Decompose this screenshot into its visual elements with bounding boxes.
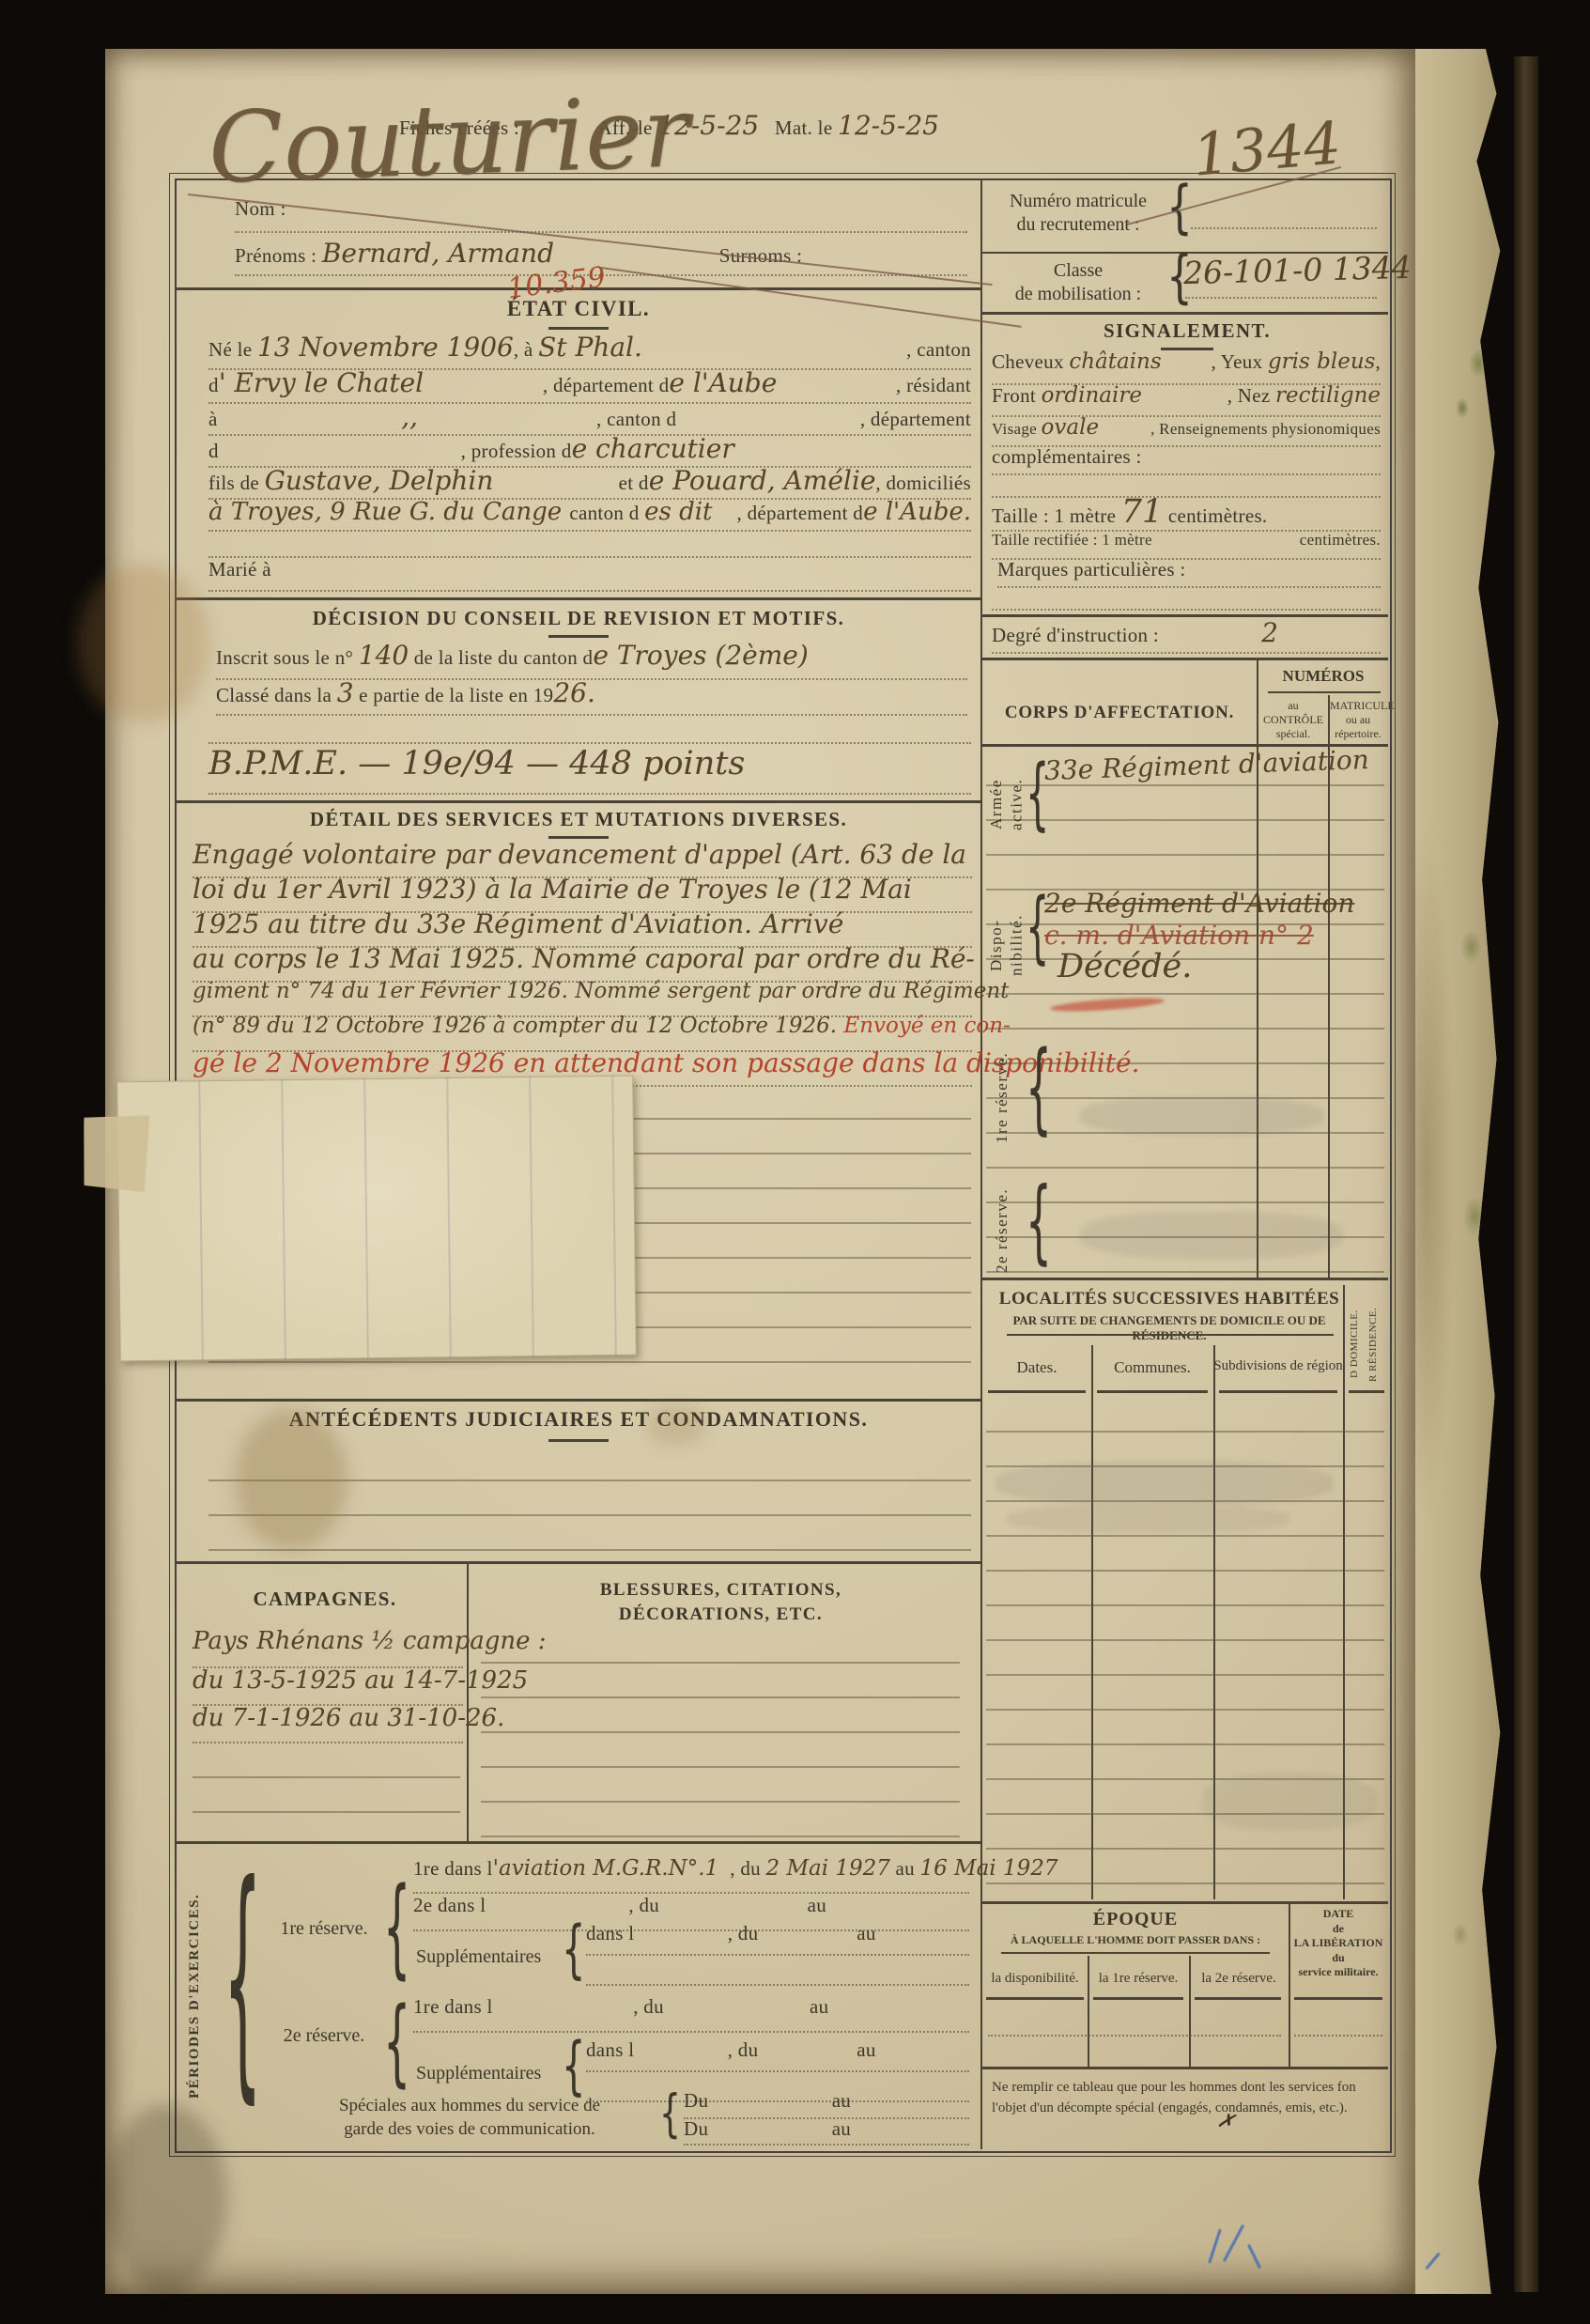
subdivisions-col-header: Subdivisions de région — [1213, 1358, 1343, 1374]
faint-pencil-note — [996, 1462, 1334, 1505]
scanned-military-record: Fiches créées :Aff.-le 12-5-25 Mat. le 1… — [0, 0, 1590, 2324]
speciales-line-2: Du au — [684, 2119, 969, 2146]
bpme-line: B.P.M.E. — 19e/94 — 448 points — [208, 748, 971, 795]
armee-active-label: Armée active. — [986, 757, 1027, 851]
date-liberation-header: DATE de LA LIBÉRATION du service militai… — [1290, 1907, 1386, 1980]
corner-shadow — [105, 2104, 227, 2292]
degre-instruction-line: Degré d'instruction :2 — [992, 620, 1381, 654]
blank-line — [992, 475, 1381, 498]
supplementaires1-line-1: dans l, du au — [586, 1924, 969, 1956]
col-header-rule — [1219, 1390, 1337, 1393]
classe-liste-line: Classé dans la 3 e partie de la liste en… — [216, 680, 967, 716]
supplementaires1-label: Supplémentaires — [416, 1946, 566, 1968]
dates-col-header: Dates. — [982, 1358, 1091, 1377]
etat-civil-line-6: à Troyes, 9 Rue G. du Cange canton d es … — [208, 500, 971, 532]
numero-matricule-label: Numéro matricule du recrutement : — [994, 190, 1163, 237]
blank-ruled-rows — [481, 1629, 960, 1837]
epoque-subtitle: À LAQUELLE L'HOMME DOIT PASSER DANS : — [982, 1933, 1289, 1947]
disponibilite-col-header: la disponibilité. — [982, 1971, 1088, 1987]
disponibilite-label: Dispo- nibilité. — [986, 891, 1027, 999]
epoque-swash — [1001, 1952, 1270, 1954]
etat-civil-line-1: Né le 13 Novembre 1906, à St Phal., cant… — [208, 334, 971, 370]
paper-stain — [646, 1405, 706, 1445]
marie-line: Marié à — [208, 560, 971, 592]
reserve1-col-header: la 1re réserve. — [1088, 1971, 1189, 1987]
blank-ruled-rows — [193, 1743, 460, 1841]
epoque-note: Ne remplir ce tableau que pour les homme… — [992, 2078, 1381, 2119]
signalement-title: SIGNALEMENT. — [994, 319, 1381, 343]
divider — [177, 1561, 980, 1564]
etat-civil-line-3: à ,,, canton d , département — [208, 404, 971, 436]
etat-civil-title: ÉTAT CIVIL. — [184, 297, 973, 321]
corps-affectation-header: CORPS D'AFFECTATION. — [982, 703, 1257, 723]
epoque-row-rule — [988, 2010, 1281, 2037]
signalement-front-nez: Front ordinaire, Nez rectiligne — [992, 385, 1381, 417]
campagnes-column-divider — [467, 1561, 469, 1841]
speciales-line-1: Du au — [684, 2091, 969, 2119]
pasted-paper-slip — [116, 1076, 637, 1362]
paper-stain — [235, 1409, 347, 1550]
etat-civil-line-4: d , profession de charcutier — [208, 436, 971, 468]
reserve1-corps-label: 1re réserve. — [992, 1033, 1011, 1161]
signalement-complementaires: complémentaires : — [992, 447, 1381, 475]
blessures-title: BLESSURES, CITATIONS, DÉCORATIONS, ETC. — [470, 1578, 972, 1626]
numeros-header: NUMÉROS — [1258, 667, 1388, 686]
col-header-rule — [1097, 1390, 1208, 1393]
signalement-visage: Visage ovale, Renseignements physionomiq… — [992, 417, 1381, 447]
localites-title: LOCALITÉS SUCCESSIVES HABITÉES — [982, 1289, 1356, 1309]
campagnes-line-2: du 13-5-1925 au 14-7-1925 — [193, 1668, 463, 1706]
disponibilite-entry-3: Décédé. — [1057, 951, 1339, 988]
inscrit-line: Inscrit sous le n° 140 de la liste du ca… — [216, 643, 967, 680]
col-header-rule — [986, 1997, 1084, 2000]
marques-line: Marques particulières : — [997, 560, 1381, 588]
blank-line — [992, 588, 1381, 611]
localites-swash — [1007, 1334, 1334, 1336]
campagnes-line-3: du 7-1-1926 au 31-10-26. — [193, 1706, 463, 1743]
title-rule — [548, 635, 609, 638]
etat-civil-line-5: fils de Gustave, Delphin et de Pouard, A… — [208, 468, 971, 500]
blank-line — [208, 716, 971, 744]
speciales-label: Spéciales aux hommes du service de garde… — [282, 2095, 657, 2141]
campagnes-title: CAMPAGNES. — [184, 1588, 466, 1611]
faint-pencil-note — [1202, 1774, 1377, 1830]
localites-subtitle: PAR SUITE DE CHANGEMENTS DE DOMICILE OU … — [982, 1313, 1356, 1343]
reserve2-corps-brace: { — [1026, 1178, 1052, 1269]
col-header-rule — [1349, 1390, 1384, 1393]
supplementaires1-line-2 — [586, 1958, 969, 1986]
title-rule — [548, 327, 609, 330]
reserve1-corps-brace: { — [1026, 1040, 1052, 1139]
supplementaires2-line-1: dans l, du au — [586, 2040, 969, 2072]
signalement-cheveux-yeux: Cheveux châtains, Yeux gris bleus, — [992, 351, 1381, 385]
reserve2-corps-label: 2e réserve. — [992, 1172, 1011, 1289]
communes-col-header: Communes. — [1091, 1358, 1213, 1377]
services-title: DÉTAIL DES SERVICES ET MUTATIONS DIVERSE… — [184, 808, 973, 831]
faint-pencil-smudge — [1080, 1212, 1343, 1259]
reserve2-col-header: la 2e réserve. — [1189, 1971, 1289, 1987]
book-spine-edge — [1514, 56, 1538, 2292]
divider — [982, 614, 1388, 617]
etat-civil-line-2: d' Ervy le Chatel, département de l'Aube… — [208, 370, 971, 404]
divider — [982, 2067, 1388, 2069]
periodes-brace: { — [224, 1856, 262, 2109]
classe-mobilisation-value: 26-101-0 1344 — [1183, 249, 1412, 291]
campagnes-line-1: Pays Rhénans ½ campagne : — [193, 1629, 463, 1668]
col-header-rule — [988, 1390, 1086, 1393]
paper-stain — [77, 564, 208, 723]
domicile-col-label: D DOMICILE. — [1349, 1293, 1362, 1396]
speciales-brace: { — [659, 2090, 681, 2141]
matricule-repertoire-header: MATRICULE ou au répertoire. — [1330, 699, 1386, 741]
epoque-title: ÉPOQUE — [982, 1909, 1289, 1930]
reserve1-label: 1re réserve. — [272, 1918, 376, 1940]
etat-civil-line-7 — [208, 532, 971, 558]
divider — [982, 658, 1388, 660]
supplementaires2-brace: { — [562, 2035, 585, 2099]
reserve2-line-1: 1re dans l, du au — [413, 1997, 969, 2033]
classe-mobilisation-label: Classe de mobilisation : — [994, 259, 1163, 306]
surname-script: Couturier — [207, 74, 691, 206]
reserve2-brace: { — [383, 1993, 410, 2088]
faint-pencil-smudge — [1080, 1097, 1324, 1135]
divider — [982, 1901, 1388, 1904]
controle-special-header: au CONTRÔLE spécial. — [1259, 699, 1327, 741]
disponibilite-entry-1: 2e Régiment d'Aviation — [1044, 891, 1373, 921]
divider — [177, 597, 980, 600]
reserve2-label: 2e réserve. — [272, 2025, 376, 2047]
decision-title: DÉCISION DU CONSEIL DE REVISION ET MOTIF… — [184, 607, 973, 630]
reserve1-line-1: 1re dans l'aviation M.G.R.N°.1, du 2 Mai… — [413, 1858, 969, 1894]
services-line-5: giment n° 74 du 1er Février 1926. Nommé … — [193, 981, 972, 1017]
main-column-divider — [980, 178, 982, 2149]
periodes-side-label: PÉRIODES D'EXERCICES. — [186, 1879, 204, 2114]
residence-col-label: R RÉSIDENCE. — [1367, 1293, 1381, 1396]
col-header-rule — [1195, 1997, 1281, 2000]
divider — [177, 1841, 980, 1844]
taille-rectifiee-line: Taille rectifiée : 1 mètre centimètres. — [992, 532, 1381, 560]
divider — [982, 312, 1388, 315]
col-header-rule — [1093, 1997, 1183, 2000]
epoque-divider-3 — [1289, 1901, 1290, 2067]
supplementaires2-label: Supplémentaires — [416, 2063, 566, 2084]
divider — [982, 1278, 1388, 1280]
date-row-rule — [1294, 2010, 1382, 2037]
divider — [177, 1399, 980, 1402]
adhesive-tape — [82, 1113, 150, 1192]
services-line-4: au corps le 13 Mai 1925. Nommé caporal p… — [193, 946, 972, 983]
title-rule — [548, 1439, 609, 1442]
divider — [177, 800, 980, 803]
faint-pencil-note — [1007, 1505, 1289, 1533]
col-header-rule — [1294, 1997, 1382, 2000]
facing-page-torn-edge — [1415, 49, 1505, 2294]
numeros-swash — [1268, 691, 1381, 693]
taille-line: Taille : 1 mètre 71 centimètres. — [992, 496, 1381, 532]
numero-matricule-value: 1344 — [1190, 108, 1344, 189]
reserve1-brace: { — [383, 1873, 410, 1981]
supplementaires1-brace: { — [562, 1918, 585, 1982]
nom-line: Nom : — [235, 199, 967, 233]
disponibilite-entry-2: c. m. d'Aviation n° 2 — [1044, 922, 1373, 951]
title-rule — [1161, 348, 1213, 350]
